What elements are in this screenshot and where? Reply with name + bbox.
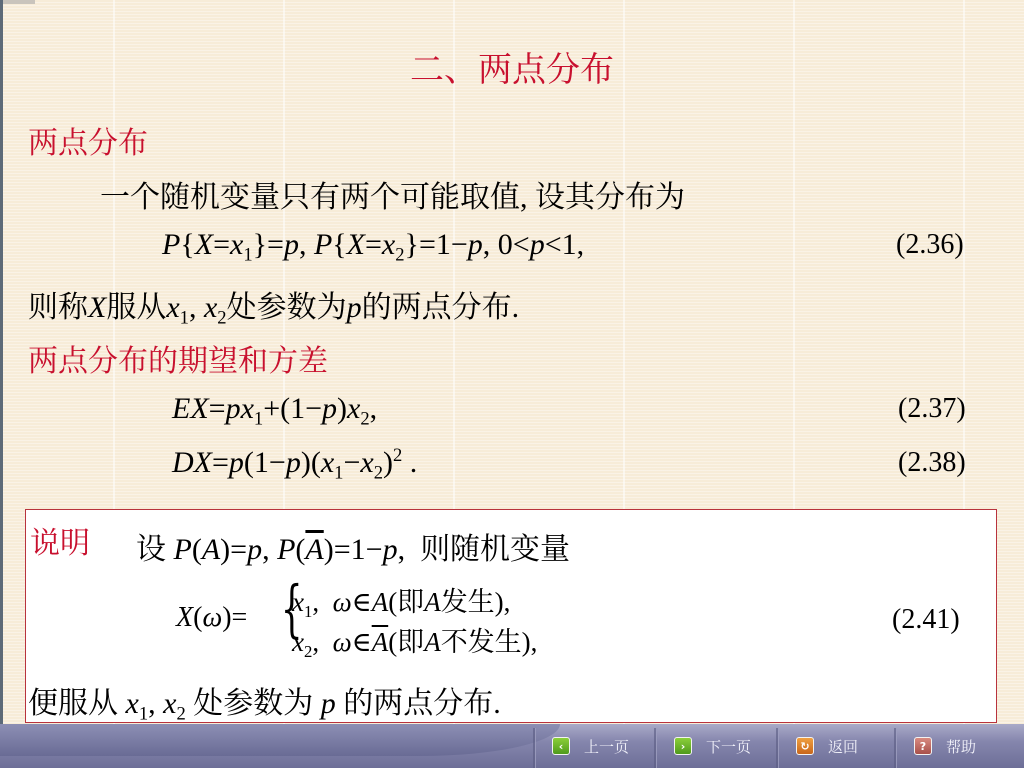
note-line-3: 便服从 x1, x2 处参数为 p 的两点分布. xyxy=(28,678,501,722)
section-heading-two-point: 两点分布 xyxy=(28,118,148,162)
equation-number-2-37: (2.37) xyxy=(898,393,966,425)
return-label: 返回 xyxy=(828,736,858,757)
nav-divider xyxy=(894,728,897,768)
slide-title: 二、两点分布 xyxy=(0,42,1024,91)
navbar-swoosh xyxy=(0,724,560,756)
nav-divider xyxy=(533,728,536,768)
help-button[interactable]: ? 帮助 xyxy=(914,724,976,768)
note-line-1: 设 P(A)=p, P(A)=1−p, 则随机变量 xyxy=(136,524,570,568)
navigation-bar xyxy=(0,724,1024,768)
return-button[interactable]: ↻ 返回 xyxy=(796,724,858,768)
formula-2-38: DX=p(1−p)(x1−x2)2 . xyxy=(172,446,417,480)
return-icon: ↻ xyxy=(796,737,814,755)
section-heading-expectation-variance: 两点分布的期望和方差 xyxy=(28,336,328,380)
equation-number-2-38: (2.38) xyxy=(898,447,966,479)
note-label: 说明 xyxy=(30,518,90,562)
nav-divider xyxy=(776,728,779,768)
prev-page-label: 上一页 xyxy=(584,736,629,757)
formula-2-37: EX=px1+(1−p)x2, xyxy=(172,392,377,426)
piecewise-case-1: x1, ω∈A(即A发生), xyxy=(292,580,510,619)
piecewise-case-2: x2, ω∈A(即A不发生), xyxy=(292,620,537,659)
chevron-right-icon: › xyxy=(674,737,692,755)
intro-text: 一个随机变量只有两个可能取值, 设其分布为 xyxy=(100,172,685,216)
next-page-label: 下一页 xyxy=(706,736,751,757)
conclusion-text: 则称X服从x1, x2处参数为p的两点分布. xyxy=(28,282,519,326)
equation-number-2-41: (2.41) xyxy=(892,604,960,636)
next-page-button[interactable]: › 下一页 xyxy=(674,724,751,768)
help-label: 帮助 xyxy=(946,736,976,757)
window-left-edge xyxy=(0,0,3,730)
equation-number-2-36: (2.36) xyxy=(896,229,964,261)
window-top-tab xyxy=(3,0,35,4)
help-icon: ? xyxy=(914,737,932,755)
prev-page-button[interactable]: ‹ 上一页 xyxy=(552,724,629,768)
nav-divider xyxy=(654,728,657,768)
chevron-left-icon: ‹ xyxy=(552,737,570,755)
formula-2-36: P{X=x1}=p, P{X=x2}=1−p, 0<p<1, xyxy=(162,228,584,262)
piecewise-lhs: X(ω)= xyxy=(176,602,247,634)
